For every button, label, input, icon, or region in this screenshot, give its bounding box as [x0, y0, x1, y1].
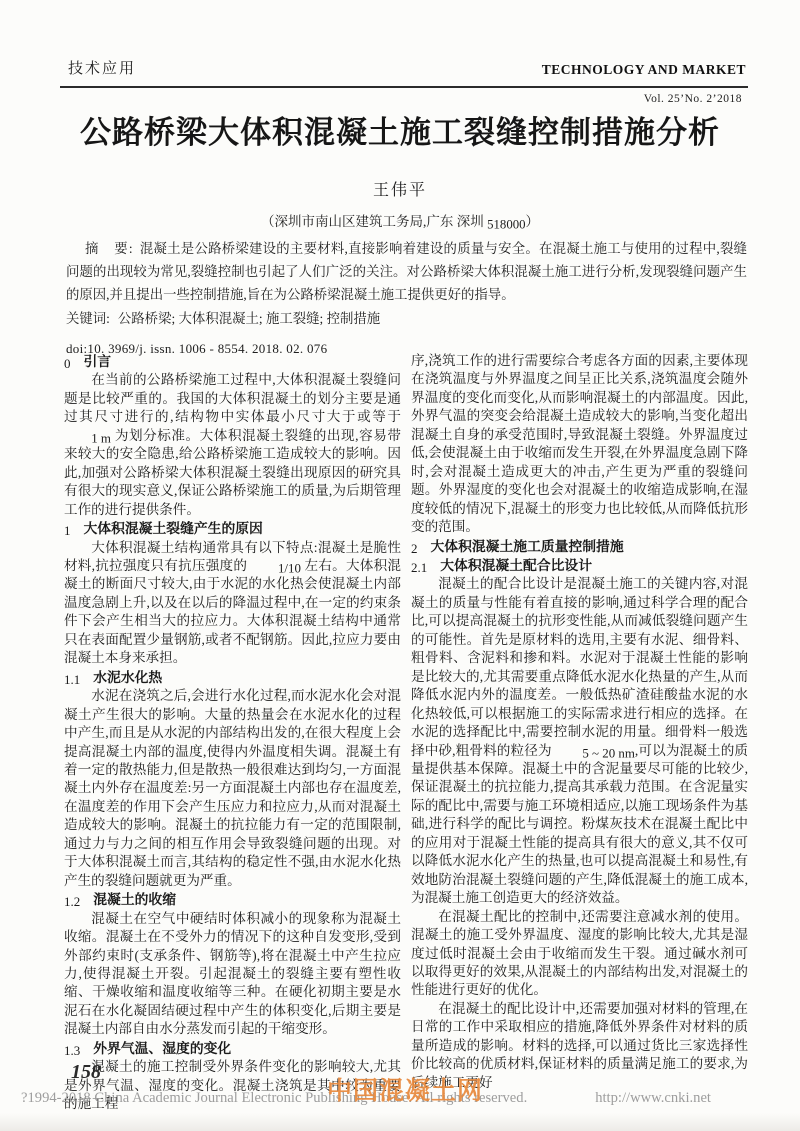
author-name: 王伟平	[0, 177, 800, 200]
abstract-label: 摘 要:	[85, 241, 134, 256]
section-number: 1.2	[64, 893, 80, 911]
section-number: 1	[64, 522, 71, 540]
body-paragraph: 在当前的公路桥梁施工过程中,大体积混凝土裂缝问题是比较严重的。我国的大体积混凝土…	[64, 371, 401, 519]
journal-name: TECHNOLOGY AND MARKET	[542, 62, 746, 78]
abstract-block: 摘 要:混凝土是公路桥梁建设的主要材料,直接影响着建设的质量与安全。在混凝土施工…	[66, 237, 747, 360]
section-heading-1-3: 1.3外界气温、湿度的变化	[64, 1040, 401, 1058]
section-title: 外界气温、湿度的变化	[93, 1041, 231, 1056]
section-heading-2-1: 2.1大体积混凝土配合比设计	[411, 557, 748, 575]
body-paragraph: 水泥在浇筑之后,会进行水化过程,而水泥水化会对混凝土产生很大的影响。大量的热量会…	[64, 687, 401, 890]
section-number: 2.1	[411, 559, 427, 577]
section-title: 水泥水化热	[93, 670, 162, 685]
section-title: 引言	[84, 354, 112, 369]
section-heading-2: 2大体积混凝土施工质量控制措施	[411, 538, 748, 556]
body-paragraph: 混凝土的配合比设计是混凝土施工的关键内容,对混凝土的质量与性能有着直接的影响,通…	[411, 575, 748, 907]
scanned-journal-page: 技术应用 TECHNOLOGY AND MARKET Vol. 25’No. 2…	[0, 0, 800, 1131]
section-title: 大体积混凝土施工质量控制措施	[431, 539, 624, 554]
section-title: 大体积混凝土配合比设计	[440, 558, 592, 573]
section-heading-1-2: 1.2混凝土的收缩	[64, 891, 401, 909]
body-paragraph: 在混凝土配比的控制中,还需要注意减水剂的使用。混凝土的施工受外界温度、湿度的影响…	[411, 908, 748, 1000]
issue-info: Vol. 25’No. 2’2018	[644, 93, 742, 105]
cnki-url: http://www.cnki.net	[595, 1090, 711, 1107]
page-number: 158	[71, 1061, 101, 1084]
left-column: 0引言 在当前的公路桥梁施工过程中,大体积混凝土裂缝问题是比较严重的。我国的大体…	[64, 352, 401, 1114]
section-title: 大体积混凝土裂缝产生的原因	[84, 521, 263, 536]
section-number: 1.1	[64, 671, 80, 689]
keywords-label: 关键词:	[66, 311, 110, 326]
body-paragraph: 大体积混凝土结构通常具有以下特点:混凝土是脆性材料,抗拉强度只有抗压强度的 1/…	[64, 539, 401, 668]
keywords-line: 关键词:公路桥梁; 大体积混凝土; 施工裂缝; 控制措施	[66, 307, 747, 330]
section-heading-1-1: 1.1水泥水化热	[64, 669, 401, 687]
article-title: 公路桥梁大体积混凝土施工裂缝控制措施分析	[0, 107, 800, 152]
body-paragraph: 混凝土在空气中硬结时体积减小的现象称为混凝土收缩。混凝土在不受外力的情况下的这种…	[64, 910, 401, 1039]
right-column: 序,浇筑工作的进行需要综合考虑各方面的因素,主要体现在浇筑温度与外界温度之间呈正…	[411, 352, 748, 1114]
section-number: 2	[411, 540, 418, 558]
section-title: 混凝土的收缩	[93, 892, 176, 907]
body-paragraph-continued: 序,浇筑工作的进行需要综合考虑各方面的因素,主要体现在浇筑温度与外界温度之间呈正…	[411, 352, 748, 537]
abstract-paragraph: 摘 要:混凝土是公路桥梁建设的主要材料,直接影响着建设的质量与安全。在混凝土施工…	[66, 237, 747, 307]
keywords-text: 公路桥梁; 大体积混凝土; 施工裂缝; 控制措施	[118, 311, 380, 326]
header-rule	[60, 86, 748, 88]
abstract-text: 混凝土是公路桥梁建设的主要材料,直接影响着建设的质量与安全。在混凝土施工与使用的…	[66, 241, 747, 302]
section-number: 0	[64, 355, 71, 373]
section-heading-1: 1大体积混凝土裂缝产生的原因	[64, 520, 401, 538]
column-section-label: 技术应用	[68, 57, 136, 78]
section-heading-0: 0引言	[64, 353, 401, 371]
author-affiliation: （深圳市南山区建筑工务局,广东 深圳 518000）	[0, 210, 800, 230]
section-number: 1.3	[64, 1042, 80, 1060]
watermark: 中国混凝土网	[327, 1071, 483, 1107]
article-body: 0引言 在当前的公路桥梁施工过程中,大体积混凝土裂缝问题是比较严重的。我国的大体…	[64, 352, 748, 1114]
